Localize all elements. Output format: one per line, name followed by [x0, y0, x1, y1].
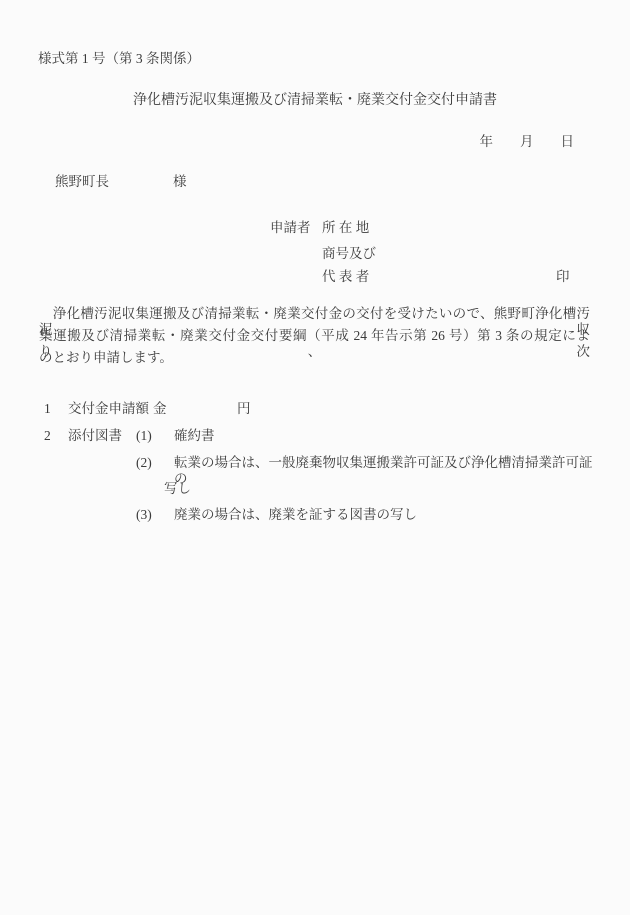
item2-sub1-text: 確約書: [174, 428, 215, 444]
addressee-line: 熊野町長様: [55, 174, 187, 190]
item2-sub2-text-line2: 写し: [164, 481, 191, 497]
item2-number: 2: [44, 428, 51, 444]
form-number: 様式第 1 号（第 3 条関係）: [38, 51, 200, 67]
addressee-name: 熊野町長: [55, 174, 109, 189]
item2-sub2-text-line1: 転業の場合は、一般廃棄物収集運搬業許可証及び浄化槽清掃業許可証の: [174, 455, 594, 487]
item1-currency-suffix: 円: [237, 401, 251, 417]
date-year-label: 年: [480, 134, 494, 149]
document-page: 様式第 1 号（第 3 条関係） 浄化槽汚泥収集運搬及び清掃業転・廃業交付金交付…: [0, 0, 630, 915]
item2-sub1-number: (1): [136, 428, 152, 444]
item2-label: 添付図書: [68, 428, 122, 444]
item1-label: 交付金申請額: [68, 401, 149, 417]
date-line: 年月日: [480, 134, 575, 150]
addressee-honorific: 様: [173, 174, 187, 190]
item2-sub2-number: (2): [136, 455, 152, 471]
applicant-trade-name-label: 商号及び: [322, 246, 376, 262]
item1-currency-prefix: 金: [153, 401, 167, 417]
applicant-label: 申請者: [270, 220, 311, 236]
applicant-address-label: 所 在 地: [322, 220, 369, 236]
item2-sub3-number: (3): [136, 507, 152, 523]
item1-number: 1: [44, 401, 51, 417]
item2-sub3-text: 廃業の場合は、廃業を証する図書の写し: [174, 507, 594, 523]
applicant-representative-label: 代 表 者: [322, 269, 369, 285]
document-title: 浄化槽汚泥収集運搬及び清掃業転・廃業交付金交付申請書: [0, 93, 630, 110]
date-month-label: 月: [520, 134, 534, 150]
seal-label: 印: [556, 269, 570, 285]
date-day-label: 日: [561, 134, 575, 150]
body-paragraph-line-3: のとおり申請します。: [39, 350, 590, 366]
